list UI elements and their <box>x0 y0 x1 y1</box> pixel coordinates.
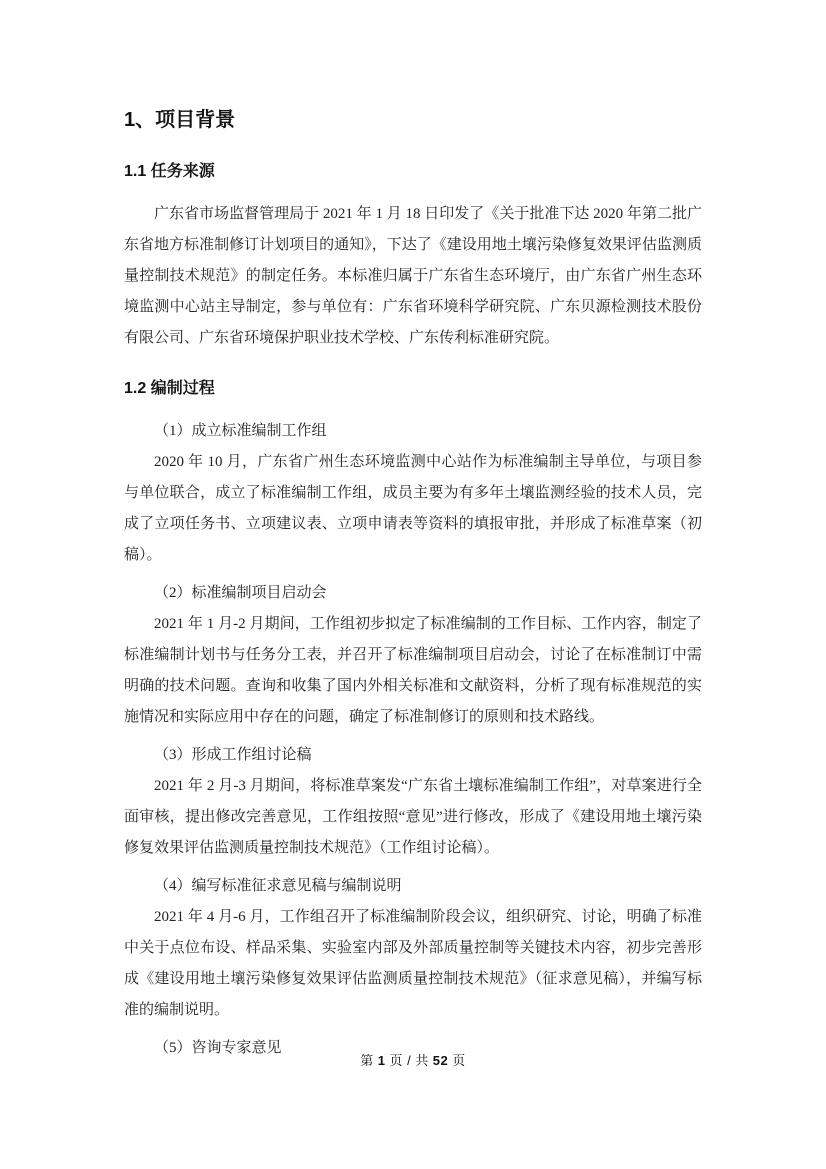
paragraph-consultation-draft: 2021 年 4 月-6 月，工作组召开了标准编制阶段会议，组织研究、讨论，明确… <box>124 902 702 1026</box>
list-item-1-heading: （1）成立标准编制工作组 <box>124 416 702 447</box>
list-item-2-heading: （2）标准编制项目启动会 <box>124 578 702 609</box>
footer-middle: 页 / 共 <box>389 1053 428 1068</box>
total-pages: 52 <box>433 1053 448 1068</box>
page-footer: 第1页 / 共52页 <box>0 1052 826 1070</box>
footer-suffix: 页 <box>452 1053 466 1068</box>
list-item-3-heading: （3）形成工作组讨论稿 <box>124 740 702 771</box>
list-item-4-heading: （4）编写标准征求意见稿与编制说明 <box>124 871 702 902</box>
section-heading-project-background: 1、项目背景 <box>124 107 702 133</box>
paragraph-kickoff-meeting: 2021 年 1 月-2 月期间，工作组初步拟定了标准编制的工作目标、工作内容，… <box>124 609 702 733</box>
subsection-heading-compilation-process: 1.2 编制过程 <box>124 378 702 399</box>
document-page: 1、项目背景 1.1 任务来源 广东省市场监督管理局于 2021 年 1 月 1… <box>0 0 826 1169</box>
footer-prefix: 第 <box>360 1053 374 1068</box>
paragraph-task-source: 广东省市场监督管理局于 2021 年 1 月 18 日印发了《关于批准下达 20… <box>124 199 702 354</box>
subsection-heading-task-source: 1.1 任务来源 <box>124 161 702 182</box>
paragraph-working-group: 2020 年 10 月，广东省广州生态环境监测中心站作为标准编制主导单位，与项目… <box>124 447 702 571</box>
page-number: 1 <box>378 1053 386 1068</box>
paragraph-discussion-draft: 2021 年 2 月-3 月期间，将标准草案发“广东省土壤标准编制工作组”，对草… <box>124 771 702 864</box>
